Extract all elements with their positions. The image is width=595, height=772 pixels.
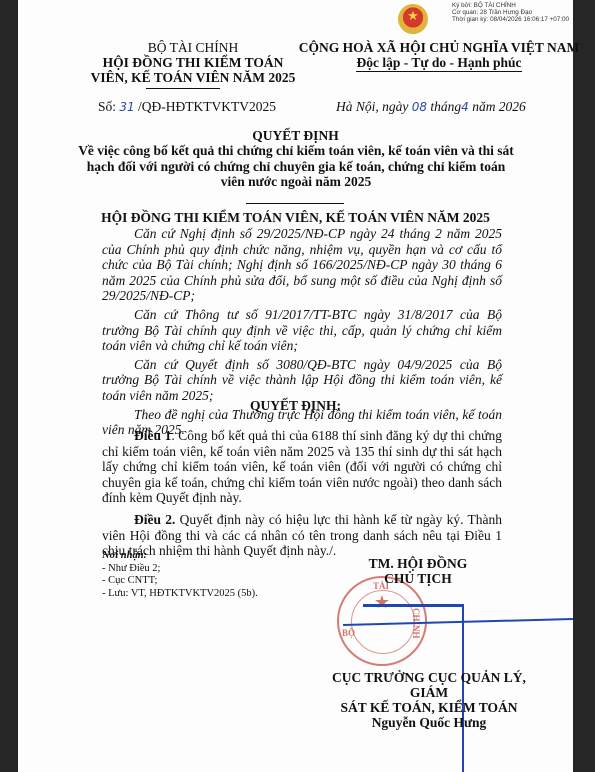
issuing-council: HỘI ĐỒNG THI KIỂM TOÁN VIÊN, KẾ TOÁN VIÊ…	[18, 210, 573, 226]
digital-signature-info: Ký bởi: BỘ TÀI CHÍNH Cơ quan: 28 Trần Hư…	[452, 3, 569, 23]
nation-name: CỘNG HOÀ XÃ HỘI CHỦ NGHĨA VIỆT NAM	[288, 40, 590, 56]
recipients: Nơi nhận: - Như Điều 2; - Cục CNTT; - Lư…	[102, 550, 258, 600]
decision-subject: Về việc công bố kết quả thi chứng chỉ ki…	[76, 143, 516, 190]
signing-time: Thời gian ký: 08/04/2026 16:06:17 +07:00	[452, 17, 569, 24]
signer-name: Nguyễn Quốc Hưng	[318, 715, 540, 730]
handwritten-number: 31	[119, 100, 134, 114]
on-behalf-label: TM. HỘI ĐỒNG	[318, 556, 518, 572]
national-motto: Độc lập - Tự do - Hạnh phúc	[288, 55, 590, 71]
document-number: Số: 31 /QĐ-HĐTKTVKTV2025	[98, 99, 276, 115]
council-name: HỘI ĐỒNG THI KIỂM TOÁN VIÊN, KẾ TOÁN VIÊ…	[78, 55, 308, 85]
legal-basis-2: Căn cứ Thông tư số 91/2017/TT-BTC ngày 3…	[102, 307, 502, 354]
legal-basis-1: Căn cứ Nghị định số 29/2025/NĐ-CP ngày 2…	[102, 226, 502, 304]
decision-title: QUYẾT ĐỊNH	[18, 128, 573, 144]
signer-title: CỤC TRƯỞNG CỤC QUẢN LÝ, GIÁM SÁT KẾ TOÁN…	[318, 670, 540, 730]
title-divider	[246, 203, 344, 204]
national-emblem-icon: ★	[398, 4, 428, 34]
official-seal-stamp: ★ TÀI CHÍNH BỘ	[337, 576, 427, 666]
articles: Điều 1. Công bố kết quả thi của 6188 thí…	[102, 428, 502, 565]
ministry-name: BỘ TÀI CHÍNH	[78, 40, 308, 56]
document-date: Hà Nội, ngày 08 tháng4 năm 2026	[336, 99, 526, 115]
decision-heading: QUYẾT ĐỊNH:	[18, 398, 573, 414]
signer-role: CHỦ TỊCH	[318, 571, 518, 587]
legal-basis-3: Căn cứ Quyết định số 3080/QĐ-BTC ngày 04…	[102, 357, 502, 404]
handwritten-signature	[363, 604, 463, 607]
document-page: ★ Ký bởi: BỘ TÀI CHÍNH Cơ quan: 28 Trần …	[18, 0, 573, 772]
header-divider	[146, 88, 220, 89]
article-1: Điều 1. Công bố kết quả thi của 6188 thí…	[102, 428, 502, 506]
